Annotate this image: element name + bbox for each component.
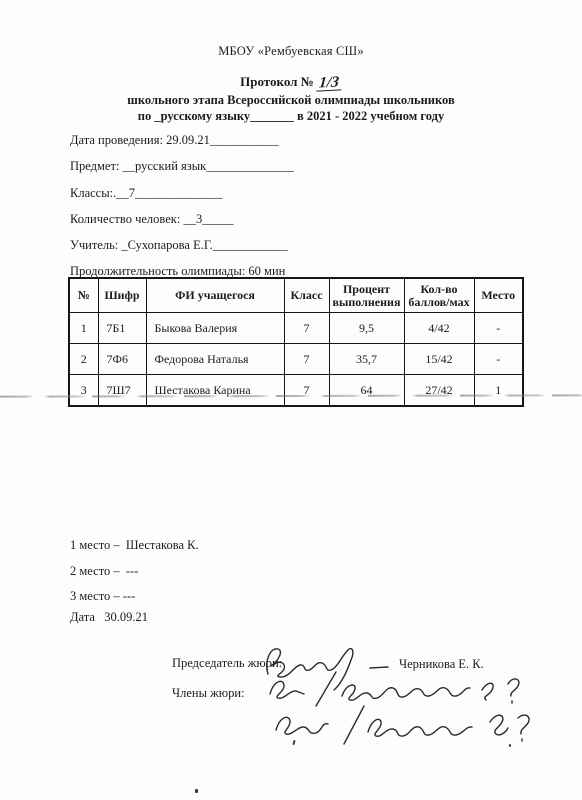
results-table: № Шифр ФИ учащегося Класс Процент выполн… <box>68 277 524 407</box>
chairman-signature-icon <box>267 649 388 690</box>
header-cell-percent: Процент выполнения <box>329 278 404 313</box>
header-cell-place: Место <box>474 278 523 313</box>
cell-number: 1 <box>69 313 98 344</box>
cell-class: 7 <box>284 375 329 407</box>
cell-score: 4/42 <box>404 313 474 344</box>
place-line-3: 3 место – --- <box>70 584 199 610</box>
table-row: 3 7Ш7 Шестакова Карина 7 64 27/42 1 <box>69 375 523 407</box>
place-line-2: 2 место – --- <box>70 559 199 585</box>
header-cell-score: Кол-во баллов/мах <box>404 278 474 313</box>
header-cell-student-name: ФИ учащегося <box>146 278 284 313</box>
cell-percent: 64 <box>329 375 404 407</box>
cell-percent: 35,7 <box>329 344 404 375</box>
document-header: МБОУ «Рембуевская СШ» Протокол № 1/3 шко… <box>0 44 582 124</box>
scan-speck <box>195 789 198 793</box>
field-participant-count: Количество человек: __3_____ <box>70 206 294 232</box>
table-row: 2 7Ф6 Федорова Наталья 7 35,7 15/42 - <box>69 344 523 375</box>
cell-place: - <box>474 313 523 344</box>
cell-student-name: Быкова Валерия <box>146 313 284 344</box>
field-date-held: Дата проведения: 29.09.21___________ <box>70 127 294 153</box>
cell-cipher: 7Б1 <box>98 313 146 344</box>
member-signature-2-icon <box>276 706 529 744</box>
field-subject: Предмет: __русский язык______________ <box>70 153 294 179</box>
document-page: МБОУ «Рембуевская СШ» Протокол № 1/3 шко… <box>0 0 582 800</box>
school-name: МБОУ «Рембуевская СШ» <box>0 44 582 59</box>
cell-number: 2 <box>69 344 98 375</box>
field-classes: Классы:.__7______________ <box>70 180 294 206</box>
cell-student-name: Шестакова Карина <box>146 375 284 407</box>
cell-number: 3 <box>69 375 98 407</box>
handwritten-protocol-number: 1/3 <box>316 75 342 91</box>
date-line: Дата 30.09.21 <box>70 610 148 625</box>
table-row: 1 7Б1 Быкова Валерия 7 9,5 4/42 - <box>69 313 523 344</box>
protocol-title: Протокол № 1/3 <box>0 74 582 90</box>
member-signature-1-icon <box>270 672 519 706</box>
table-header-row: № Шифр ФИ учащегося Класс Процент выполн… <box>69 278 523 313</box>
cell-class: 7 <box>284 344 329 375</box>
header-cell-cipher: Шифр <box>98 278 146 313</box>
protocol-subtitle-2: по _русскому языку_______ в 2021 - 2022 … <box>0 109 582 125</box>
protocol-subtitle-1: школьного этапа Всероссийской олимпиады … <box>0 93 582 109</box>
field-teacher: Учитель: _Сухопарова Е.Г.____________ <box>70 232 294 258</box>
protocol-title-prefix: Протокол № <box>240 74 317 89</box>
header-cell-class: Класс <box>284 278 329 313</box>
cell-place: 1 <box>474 375 523 407</box>
header-cell-number: № <box>69 278 98 313</box>
cell-class: 7 <box>284 313 329 344</box>
handwritten-signatures <box>258 638 574 758</box>
cell-place: - <box>474 344 523 375</box>
cell-score: 27/42 <box>404 375 474 407</box>
cell-score: 15/42 <box>404 344 474 375</box>
place-results: 1 место – Шестакова К. 2 место – --- 3 м… <box>70 533 199 610</box>
place-line-1: 1 место – Шестакова К. <box>70 533 199 559</box>
cell-cipher: 7Ф6 <box>98 344 146 375</box>
members-label: Члены жюри: <box>172 686 245 701</box>
cell-student-name: Федорова Наталья <box>146 344 284 375</box>
form-fields: Дата проведения: 29.09.21___________ Пре… <box>70 127 294 285</box>
cell-cipher: 7Ш7 <box>98 375 146 407</box>
cell-percent: 9,5 <box>329 313 404 344</box>
